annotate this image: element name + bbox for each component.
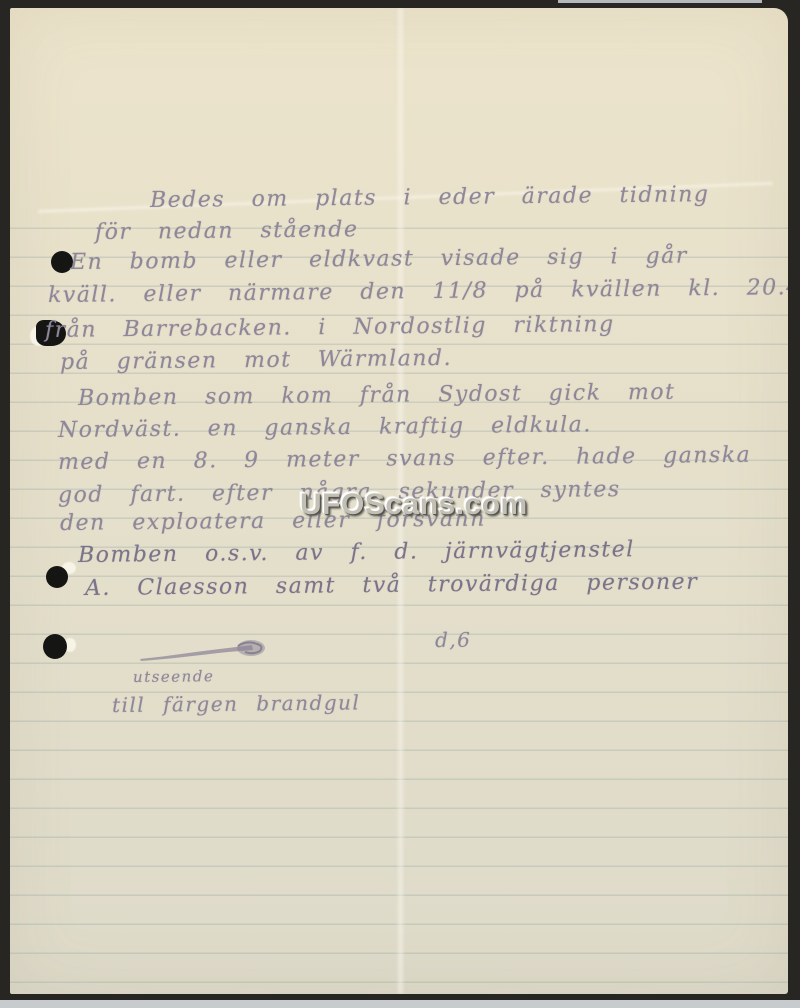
handwriting-line: på gränsen mot Wärmland. xyxy=(60,348,452,374)
watermark: UFOScans.com xyxy=(300,488,528,522)
handwriting-line: Bomben som kom från Sydost gick mot xyxy=(78,382,676,410)
scanner-edge-strip-bottom xyxy=(0,1000,800,1008)
punch-hole xyxy=(46,566,68,588)
handwriting-line: för nedan stående xyxy=(95,219,359,244)
handwriting-line: från Barrebacken. i Nordostlig riktning xyxy=(45,314,615,342)
pencil-annotation-mark: d,6 xyxy=(435,630,472,650)
sketch-caption: utseende xyxy=(133,669,214,685)
paper-sheet: Bedes om plats i eder ärade tidning för … xyxy=(10,8,788,994)
handwriting-line: Bedes om plats i eder ärade tidning xyxy=(150,184,710,212)
handwriting-line: En bomb eller eldkvast visade sig i går xyxy=(70,246,688,274)
fireball-sketch xyxy=(138,638,276,668)
scanner-edge-strip-top xyxy=(558,0,762,3)
handwriting-line: A. Claesson samt två trovärdiga personer xyxy=(85,572,698,600)
handwriting-line: kväll. eller närmare den 11/8 på kvällen… xyxy=(48,277,788,307)
handwriting-line: Nordväst. en ganska kraftig eldkula. xyxy=(58,414,592,442)
punch-hole xyxy=(43,634,67,659)
color-note: till färgen brandgul xyxy=(112,692,361,715)
handwriting-line: med en 8. 9 meter svans efter. hade gans… xyxy=(58,445,751,474)
scanned-document-page: { "document": { "watermark": "UFOScans.c… xyxy=(0,0,800,1008)
handwriting-line: Bomben o.s.v. av f. d. järnvägtjenstel xyxy=(78,539,635,567)
